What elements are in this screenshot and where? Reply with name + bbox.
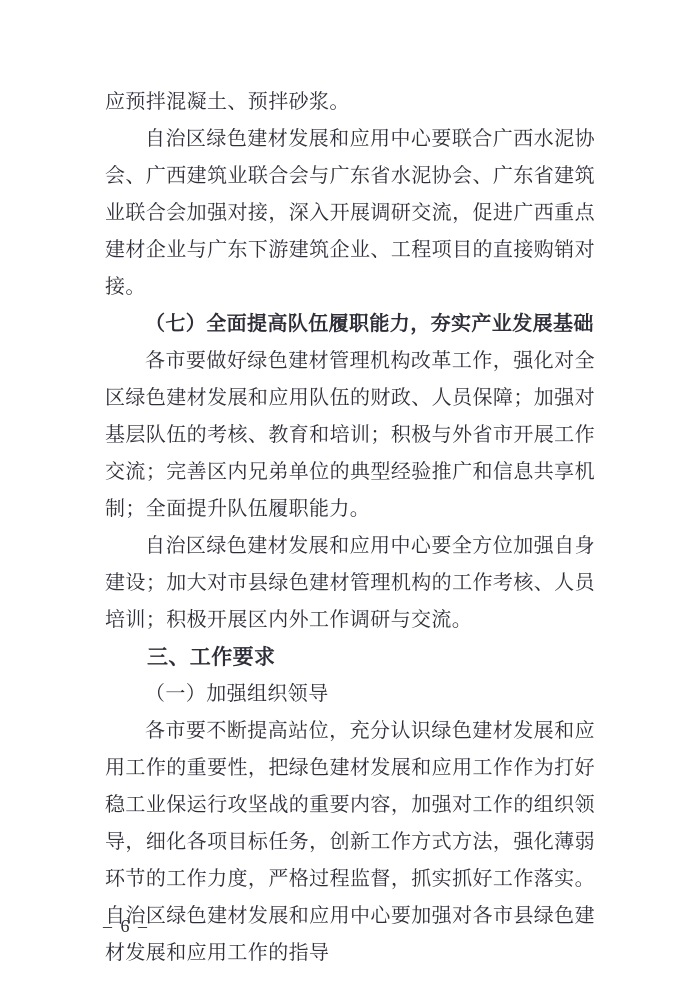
document-body: 应预拌混凝土、预拌砂浆。 自治区绿色建材发展和应用中心要联合广西水泥协会、广西建… (105, 84, 595, 972)
chapter-heading-three: 三、工作要求 (105, 639, 595, 676)
body-paragraph: 各市要做好绿色建材管理机构改革工作，强化对全区绿色建材发展和应用队伍的财政、人员… (105, 343, 595, 528)
body-paragraph-continuation: 应预拌混凝土、预拌砂浆。 (105, 84, 595, 121)
section-heading-one: （一）加强组织领导 (105, 676, 595, 713)
document-page: 应预拌混凝土、预拌砂浆。 自治区绿色建材发展和应用中心要联合广西水泥协会、广西建… (0, 0, 700, 989)
body-paragraph: 自治区绿色建材发展和应用中心要联合广西水泥协会、广西建筑业联合会与广东省水泥协会… (105, 121, 595, 306)
page-number: – 6 – (103, 916, 149, 937)
body-paragraph: 自治区绿色建材发展和应用中心要全方位加强自身建设；加大对市县绿色建材管理机构的工… (105, 528, 595, 639)
section-heading-seven: （七）全面提高队伍履职能力，夯实产业发展基础 (105, 306, 595, 343)
body-paragraph: 各市要不断提高站位，充分认识绿色建材发展和应用工作的重要性，把绿色建材发展和应用… (105, 713, 595, 972)
